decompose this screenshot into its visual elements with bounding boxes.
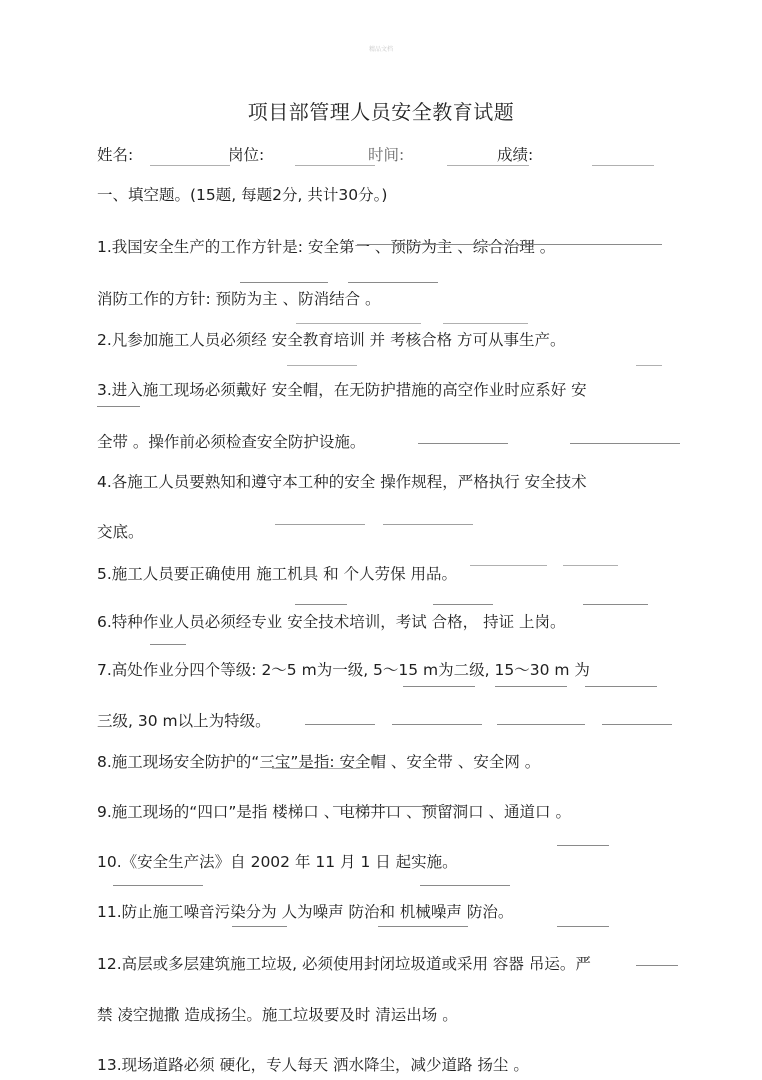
answer-blank[interactable] (557, 845, 609, 846)
answer-blank[interactable] (636, 965, 678, 966)
position-field[interactable] (295, 165, 375, 166)
watermark: 精品文档 (0, 44, 762, 53)
answer-blank[interactable] (420, 885, 510, 886)
answer-blank[interactable] (296, 323, 421, 324)
answer-blank[interactable] (403, 686, 475, 687)
score-label: 成绩: (497, 143, 533, 165)
answer-blank[interactable] (357, 244, 662, 245)
time-label: 时间: (368, 143, 404, 165)
question-1-line-2: 消防工作的方针: 预防为主 、防消结合 。 (97, 287, 381, 309)
answer-blank[interactable] (433, 604, 493, 605)
question-2: 2.凡参加施工人员必须经 安全教育培训 并 考核合格 方可从事生产。 (97, 328, 566, 350)
page-title: 项目部管理人员安全教育试题 (0, 96, 762, 125)
question-7-line-1: 7.高处作业分四个等级: 2～5 m为一级, 5～15 m为二级, 15～30 … (97, 658, 590, 680)
answer-blank[interactable] (295, 604, 347, 605)
answer-blank[interactable] (383, 524, 473, 525)
answer-blank[interactable] (570, 443, 680, 444)
answer-blank[interactable] (113, 885, 203, 886)
score-field[interactable] (592, 165, 654, 166)
answer-blank[interactable] (97, 406, 140, 407)
answer-blank[interactable] (392, 724, 482, 725)
answer-blank[interactable] (150, 644, 186, 645)
answer-blank[interactable] (287, 365, 357, 366)
answer-blank[interactable] (232, 926, 287, 927)
question-1-line-1: 1.我国安全生产的工作方针是: 安全第一 、预防为主 、综合治理 。 (97, 235, 555, 257)
question-11: 11.防止施工噪音污染分为 人为噪声 防治和 机械噪声 防治。 (97, 900, 513, 922)
position-label: 岗位: (228, 143, 264, 165)
question-12-line-2: 禁 凌空抛撒 造成扬尘。施工垃圾要及时 清运出场 。 (97, 1003, 458, 1025)
question-12-line-1: 12.高层或多层建筑施工垃圾, 必须使用封闭垃圾道或采用 容器 吊运。严 (97, 952, 591, 974)
question-4-line-2: 交底。 (97, 520, 144, 542)
question-3-line-1: 3.进入施工现场必须戴好 安全帽，在无防护措施的高空作业时应系好 安 (97, 378, 587, 400)
question-4-line-1: 4.各施工人员要熟知和遵守本工种的安全 操作规程，严格执行 安全技术 (97, 470, 587, 492)
answer-blank[interactable] (495, 686, 567, 687)
answer-blank[interactable] (272, 768, 360, 769)
answer-blank[interactable] (583, 604, 648, 605)
section-heading: 一、填空题。(15题, 每题2分, 共计30分。) (97, 183, 387, 205)
time-field[interactable] (447, 165, 529, 166)
question-10: 10.《安全生产法》自 2002 年 11 月 1 日 起实施。 (97, 850, 458, 872)
answer-blank[interactable] (497, 724, 585, 725)
question-3-line-2: 全带 。操作前必须检查安全防护设施。 (97, 430, 365, 452)
answer-blank[interactable] (443, 323, 528, 324)
answer-blank[interactable] (602, 724, 672, 725)
answer-blank[interactable] (470, 565, 547, 566)
question-9: 9.施工现场的“四口”是指 楼梯口 、电梯井口 、预留洞口 、通道口 。 (97, 800, 571, 822)
answer-blank[interactable] (240, 282, 328, 283)
question-7-line-2: 三级, 30 m以上为特级。 (97, 709, 271, 731)
answer-blank[interactable] (275, 524, 365, 525)
answer-blank[interactable] (305, 724, 375, 725)
answer-blank[interactable] (333, 806, 463, 807)
question-13: 13.现场道路必须 硬化，专人每天 洒水降尘，减少道路 扬尘 。 (97, 1053, 529, 1075)
name-label: 姓名: (97, 143, 133, 165)
name-field[interactable] (150, 165, 230, 166)
answer-blank[interactable] (557, 926, 609, 927)
answer-blank[interactable] (585, 686, 657, 687)
answer-blank[interactable] (636, 365, 662, 366)
question-5: 5.施工人员要正确使用 施工机具 和 个人劳保 用品。 (97, 562, 457, 584)
answer-blank[interactable] (348, 282, 438, 283)
question-6: 6.特种作业人员必须经专业 安全技术培训，考试 合格， 持证 上岗。 (97, 610, 566, 632)
answer-blank[interactable] (418, 443, 508, 444)
answer-blank[interactable] (378, 926, 468, 927)
answer-blank[interactable] (563, 565, 618, 566)
